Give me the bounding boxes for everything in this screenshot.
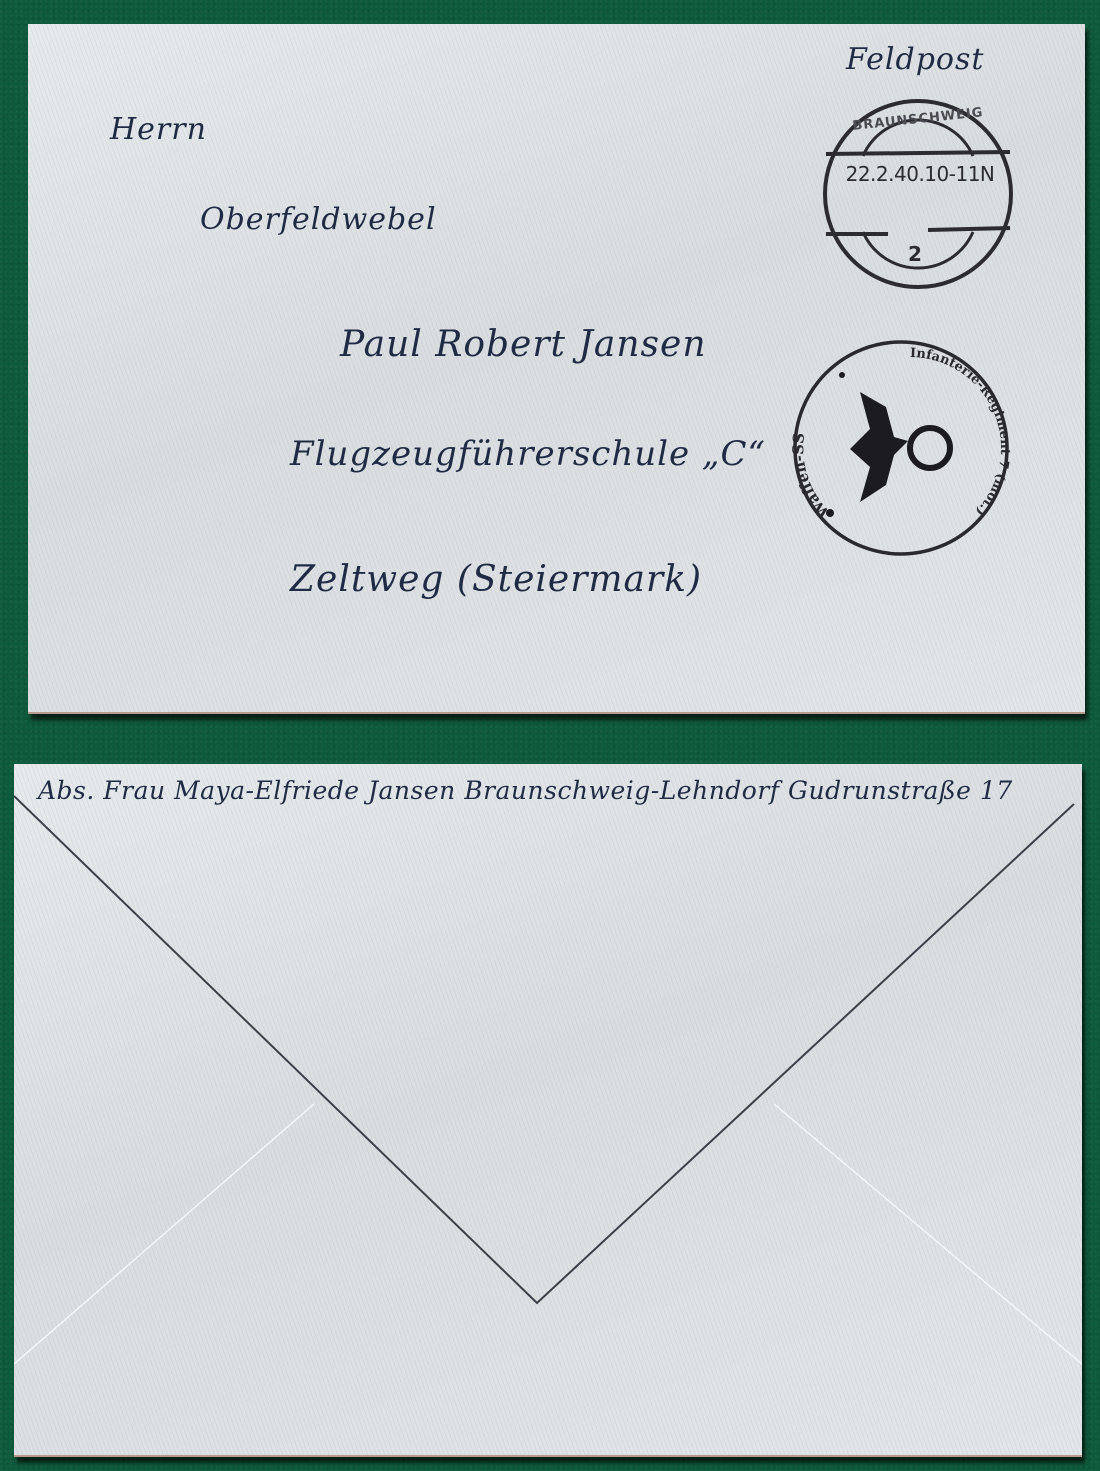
svg-text:Infanterie-Regiment 7 (mot.): Infanterie-Regiment 7 (mot.) xyxy=(910,346,1012,519)
envelope-flap-lines-icon xyxy=(14,764,1082,1455)
location-text: Zeltweg (Steiermark) xyxy=(290,559,702,600)
postmark-date: 22.2.40.10-11N xyxy=(840,162,1000,186)
postmark-stamp: BRAUNSCHWEIG 22.2.40.10-11N 2 xyxy=(818,94,1018,294)
envelope-back: Abs. Frau Maya-Elfriede Jansen Braunschw… xyxy=(14,764,1082,1457)
salutation-text: Herrn xyxy=(110,112,207,147)
svg-text:Waffen-SS: Waffen-SS xyxy=(790,432,834,522)
unit-stamp: Waffen-SS Infanterie-Regiment 7 (mot.) xyxy=(790,337,1012,559)
sender-address: Abs. Frau Maya-Elfriede Jansen Braunschw… xyxy=(38,776,1013,805)
stamp-right-text: Infanterie-Regiment 7 (mot.) xyxy=(910,346,1012,519)
recipient-name: Paul Robert Jansen xyxy=(340,324,707,365)
stamp-left-text: Waffen-SS xyxy=(790,432,834,522)
unit-address: Flugzeugführerschule „C“ xyxy=(290,434,766,474)
rank-text: Oberfeldwebel xyxy=(200,202,437,237)
postmark-number: 2 xyxy=(908,242,922,266)
circular-stamp-icon: Waffen-SS Infanterie-Regiment 7 (mot.) xyxy=(790,337,1012,559)
envelope-front: Herrn Oberfeldwebel Paul Robert Jansen F… xyxy=(28,24,1085,714)
service-note: Feldpost xyxy=(846,42,984,77)
